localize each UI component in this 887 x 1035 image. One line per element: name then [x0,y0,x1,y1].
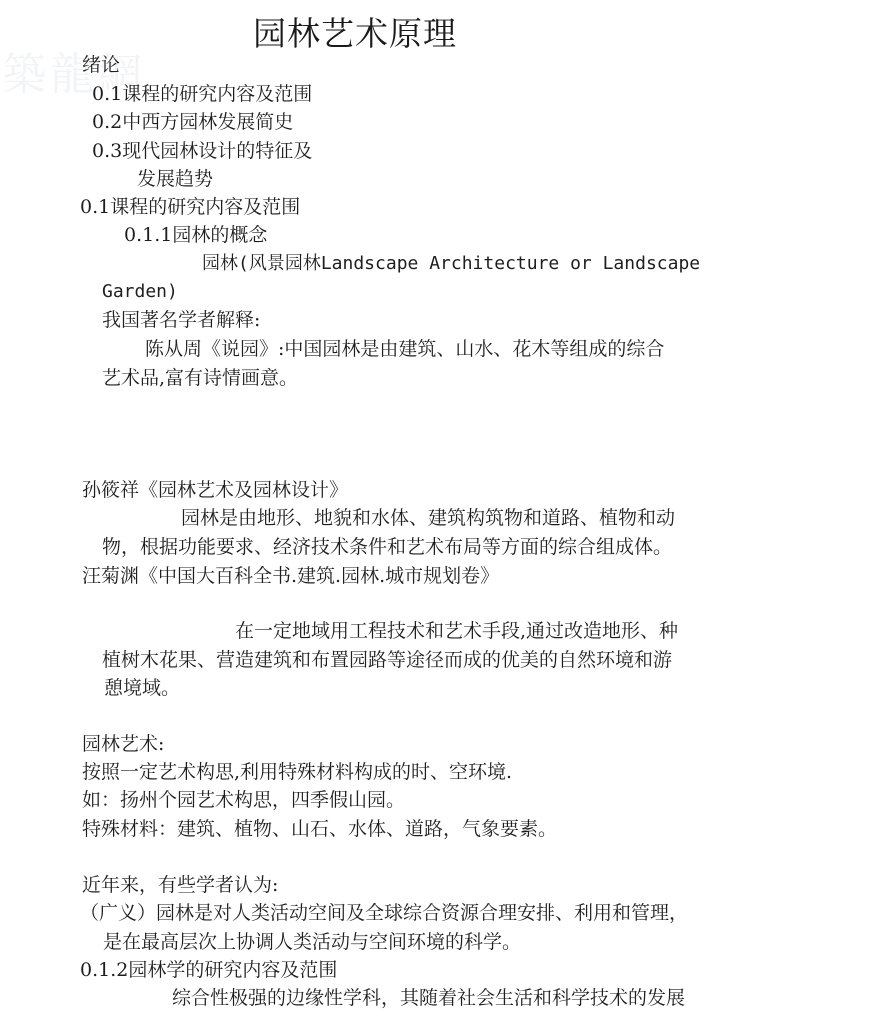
toc-item: 0.3现代园林设计的特征及 [92,139,312,163]
quote-chen: 艺术品,富有诗情画意。 [102,366,298,390]
source-sun: 孙筱祥《园林艺术及园林设计》 [82,478,348,502]
definition-line: Garden) [102,280,178,304]
quote-wang: 憩境域。 [104,676,180,700]
section-heading: 0.1课程的研究内容及范围 [80,195,300,219]
subsection-heading: 0.1.2园林学的研究内容及范围 [80,958,337,982]
toc-item-continuation: 发展趋势 [137,167,213,191]
art-definition: 按照一定艺术构思,利用特殊材料构成的时、空环境. [82,760,512,784]
art-materials: 特殊材料：建筑、植物、山石、水体、道路，气象要素。 [82,817,557,841]
recent-intro: 近年来，有些学者认为: [82,873,278,897]
body-line: 综合性极强的边缘性学科，其随着社会生活和科学技术的发展 [172,986,685,1010]
toc-item: 0.1课程的研究内容及范围 [92,82,312,106]
page-title: 园林艺术原理 [253,8,457,55]
source-wang: 汪菊渊《中国大百科全书.建筑.园林.城市规划卷》 [82,564,499,588]
quote-chen: 陈从周《说园》:中国园林是由建筑、山水、花木等组成的综合 [145,337,664,361]
toc-item: 0.2中西方园林发展简史 [92,110,293,134]
definition-line: 园林(风景园林Landscape Architecture or Landsca… [202,252,753,276]
scholars-intro: 我国著名学者解释: [102,308,260,332]
art-heading: 园林艺术: [82,732,164,756]
broad-definition: （广义）园林是对人类活动空间及全球综合资源合理安排、利用和管理， [80,901,688,925]
toc-heading: 绪论 [82,53,120,77]
subsection-heading: 0.1.1园林的概念 [124,223,267,247]
broad-definition: 是在最高层次上协调人类活动与空间环境的科学。 [103,930,521,954]
quote-sun: 园林是由地形、地貌和水体、建筑构筑物和道路、植物和动 [181,506,675,530]
quote-wang: 植树木花果、营造建筑和布置园路等途径而成的优美的自然环境和游 [102,648,672,672]
quote-sun: 物，根据功能要求、经济技术条件和艺术布局等方面的综合组成体。 [102,535,672,559]
quote-wang: 在一定地域用工程技术和艺术手段,通过改造地形、种 [235,619,678,643]
art-example: 如：扬州个园艺术构思，四季假山园。 [82,788,405,812]
